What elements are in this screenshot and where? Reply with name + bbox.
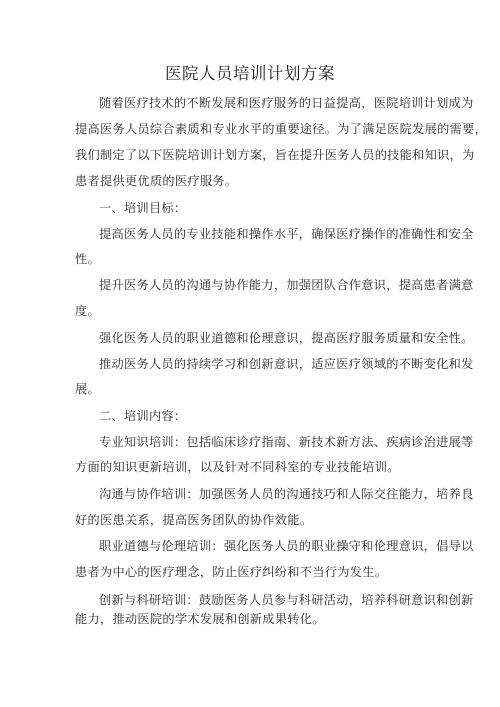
section-heading-goals: 一、培训目标： [99,200,186,216]
goal-item-line: 展。 [75,381,100,397]
content-item-line: 创新与科研培训：鼓励医务人员参与科研活动，培养科研意识和创新 [99,592,474,608]
goal-item-line: 提升医务人员的沟通与协作能力，加强团队合作意识，提高患者满意 [99,277,474,293]
content-item-line: 方面的知识更新培训，以及针对不同科室的专业技能培训。 [75,459,400,475]
goal-item-line: 提高医务人员的专业技能和操作水平，确保医疗操作的准确性和安全 [99,226,474,242]
goal-item-line: 性。 [75,251,100,267]
goal-item-line: 强化医务人员的职业道德和伦理意识，提高医疗服务质量和安全性。 [99,330,474,346]
document-title: 医院人员培训计划方案 [0,64,500,84]
content-item-line: 沟通与协作培训：加强医务人员的沟通技巧和人际交往能力，培养良 [99,486,474,502]
content-item-line: 能力，推动医院的学术发展和创新成果转化。 [75,611,325,627]
document-page: 医院人员培训计划方案 随着医疗技术的不断发展和医疗服务的日益提高，医院培训计划成… [0,0,500,707]
intro-line: 提高医务人员综合素质和专业水平的重要途径。为了满足医院发展的需要， [75,121,487,137]
goal-item-line: 推动医务人员的持续学习和创新意识，适应医疗领域的不断变化和发 [99,356,474,372]
content-item-line: 职业道德与伦理培训：强化医务人员的职业操守和伦理意识，倡导以 [99,538,474,554]
intro-line: 我们制定了以下医院培训计划方案，旨在提升医务人员的技能和知识，为 [75,147,475,163]
section-heading-content: 二、培训内容： [99,408,186,424]
content-item-line: 好的医患关系，提高医务团队的协作效能。 [75,512,312,528]
content-item-line: 患者为中心的医疗理念，防止医疗纠纷和不当行为发生。 [75,564,387,580]
goal-item-line: 度。 [75,303,100,319]
content-item-line: 专业知识培训：包括临床诊疗指南、新技术新方法、疾病诊治进展等 [99,434,474,450]
intro-line: 患者提供更优质的医疗服务。 [75,173,237,189]
intro-line: 随着医疗技术的不断发展和医疗服务的日益提高，医院培训计划成为 [99,95,474,111]
